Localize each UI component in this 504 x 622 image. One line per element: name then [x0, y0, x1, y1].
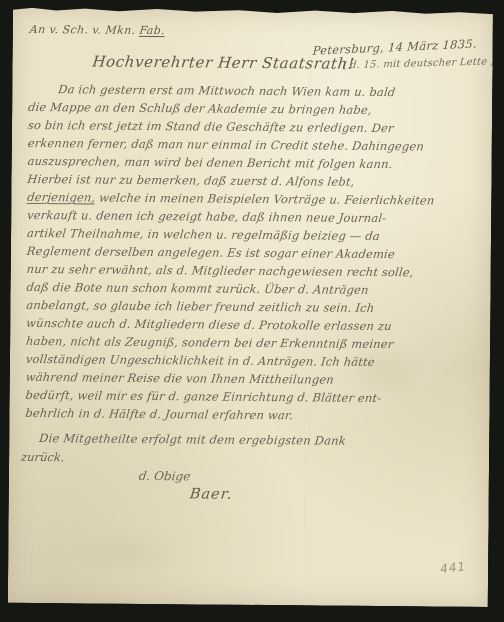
dateline-note: ( d. 15. mit deutscher Lette ) [342, 56, 494, 71]
closing-word: zurück. [21, 450, 65, 464]
archive-page-number: 441 [439, 559, 466, 576]
handwritten-line: behrlich in d. Hälfte d. Journal erfahre… [25, 404, 317, 425]
letter-body: Da ich gestern erst am Mittwoch nach Wie… [25, 80, 320, 425]
closing-line: Die Mitgetheilte erfolgt mit dem ergebig… [39, 431, 346, 448]
valediction: d. Obige [139, 469, 191, 483]
signature: Baer. [190, 486, 233, 502]
letter-paper: An v. Sch. v. Mkn. Fab. Petersburg, 14 M… [8, 7, 493, 607]
address-text: An v. Sch. v. Mkn. [29, 23, 140, 37]
address-line: An v. Sch. v. Mkn. Fab. [30, 23, 165, 37]
paper-stain [68, 527, 188, 578]
address-underlined-word: Fab. [139, 24, 166, 37]
salutation: Hochverehrter Herr Staatsrath! [92, 53, 354, 73]
